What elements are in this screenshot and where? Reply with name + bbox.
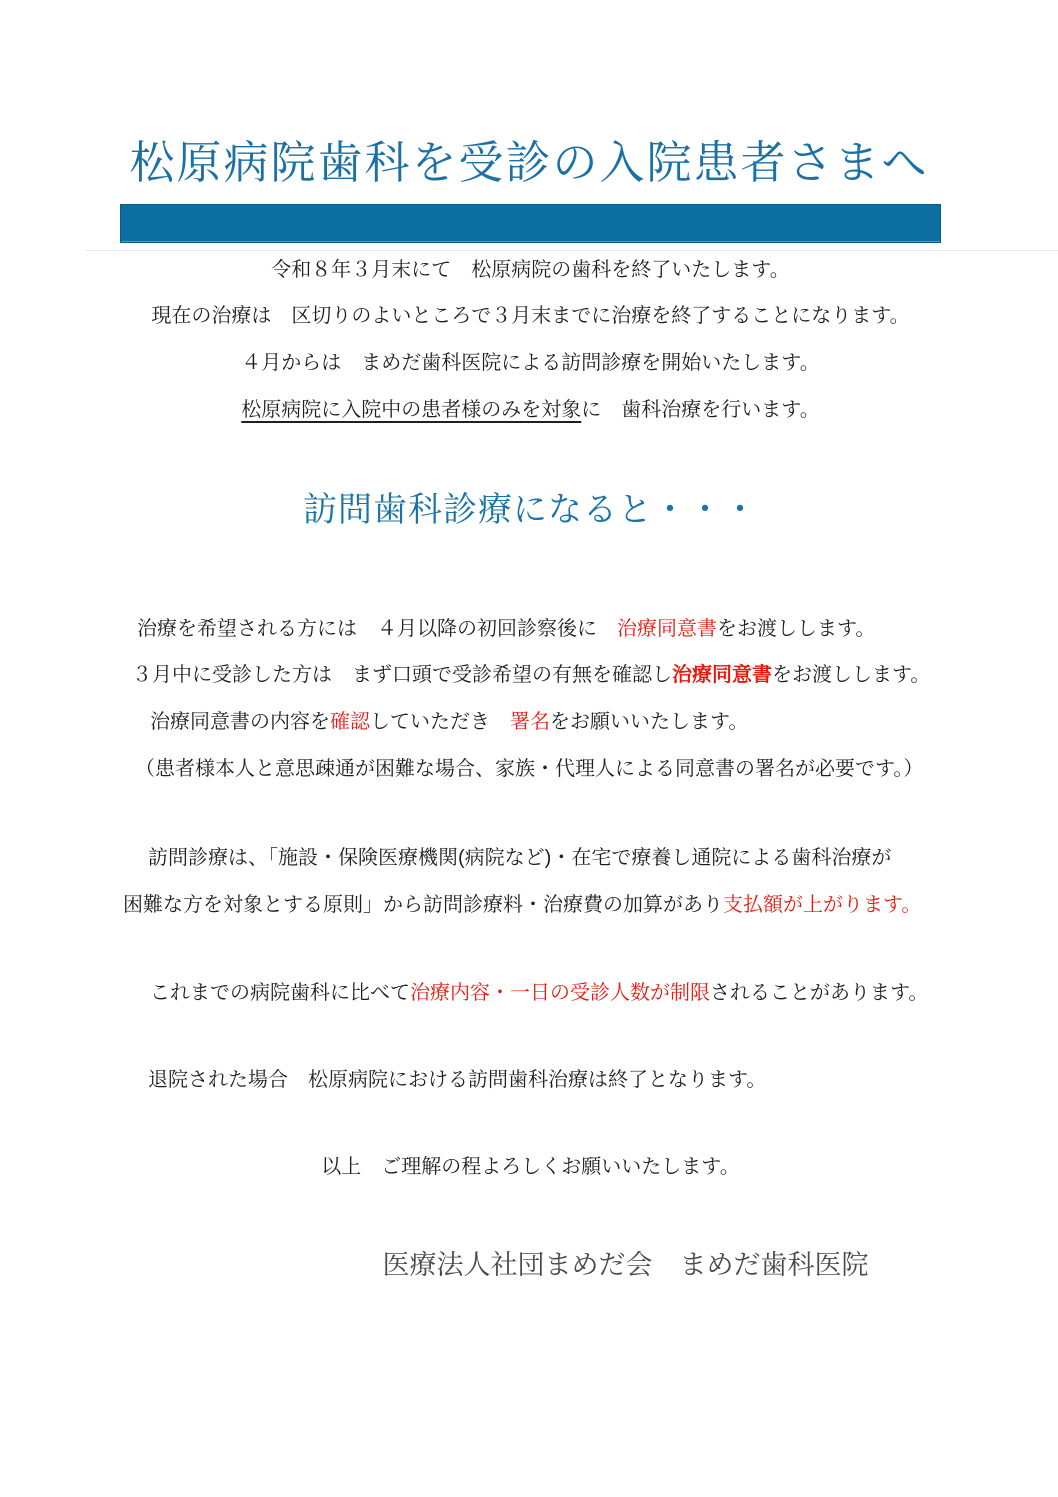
signing-red-1: 確認 (330, 711, 370, 733)
signature: 医療法人社団まめだ会 まめだ歯科医院 (120, 1243, 941, 1282)
signing-red-2: 署名 (510, 711, 550, 733)
consent-paragraph-2: ３月中に受診した方は まず口頭で受診希望の有無を確認し治療同意書をお渡しします。 (132, 663, 930, 687)
intro-line-3: ４月からは まめだ歯科医院による訪問診療を開始いたします。 (120, 351, 941, 375)
consent-2-pre: ３月中に受診した方は まず口頭で受診希望の有無を確認し (132, 664, 672, 686)
signing-mid: していただき (370, 711, 510, 733)
note-paragraph: （患者様本人と意思疎通が困難な場合、家族・代理人による同意書の署名が必要です。） (135, 757, 923, 781)
limits-paragraph: これまでの病院歯科に比べて治療内容・一日の受診人数が制限されることがあります。 (150, 981, 928, 1005)
cost-paragraph-line-2: 困難な方を対象とする原則」から訪問診療料・治療費の加算があり支払額が上がります。 (123, 893, 921, 917)
notice-page: 松原病院歯科を受診の入院患者さまへ 令和８年３月末にて 松原病院の歯科を終了いた… (0, 0, 1058, 1497)
cost-line-2-red: 支払額が上がります。 (723, 894, 921, 916)
cost-paragraph-line-1: 訪問診療は、「施設・保険医療機関(病院など)・在宅で療養し通院による歯科治療が (148, 846, 891, 870)
signing-post: をお願いいたします。 (550, 711, 748, 733)
intro-line-4-underlined: 松原病院に入院中の患者様のみを対象 (241, 399, 581, 421)
consent-1-post: をお渡しします。 (717, 618, 875, 640)
intro-line-4-rest: に 歯科治療を行います。 (581, 399, 819, 421)
limits-pre: これまでの病院歯科に比べて (150, 982, 410, 1004)
intro-line-1: 令和８年３月末にて 松原病院の歯科を終了いたします。 (120, 258, 941, 282)
consent-2-red: 治療同意書 (672, 664, 772, 686)
limits-post: されることがあります。 (710, 982, 928, 1004)
closing-paragraph: 以上 ご理解の程よろしくお願いいたします。 (120, 1155, 941, 1179)
intro-line-2: 現在の治療は 区切りのよいところで３月末までに治療を終了することになります。 (120, 304, 941, 328)
signing-pre: 治療同意書の内容を (150, 711, 330, 733)
consent-1-pre: 治療を希望される方には ４月以降の初回診察後に (137, 618, 617, 640)
limits-red: 治療内容・一日の受診人数が制限 (410, 982, 710, 1004)
discharge-paragraph: 退院された場合 松原病院における訪問歯科治療は終了となります。 (148, 1068, 766, 1092)
consent-paragraph-1: 治療を希望される方には ４月以降の初回診察後に 治療同意書をお渡しします。 (137, 617, 875, 641)
intro-line-4: 松原病院に入院中の患者様のみを対象に 歯科治療を行います。 (120, 398, 941, 422)
consent-1-red: 治療同意書 (617, 618, 717, 640)
signing-paragraph: 治療同意書の内容を確認していただき 署名をお願いいたします。 (150, 710, 748, 734)
divider-line (85, 250, 1058, 251)
page-title: 松原病院歯科を受診の入院患者さまへ (0, 126, 1058, 191)
section-heading: 訪問歯科診療になると・・・ (120, 482, 941, 531)
cost-line-2-pre: 困難な方を対象とする原則」から訪問診療料・治療費の加算があり (123, 894, 723, 916)
consent-2-post: をお渡しします。 (772, 664, 930, 686)
header-bar (120, 204, 941, 243)
